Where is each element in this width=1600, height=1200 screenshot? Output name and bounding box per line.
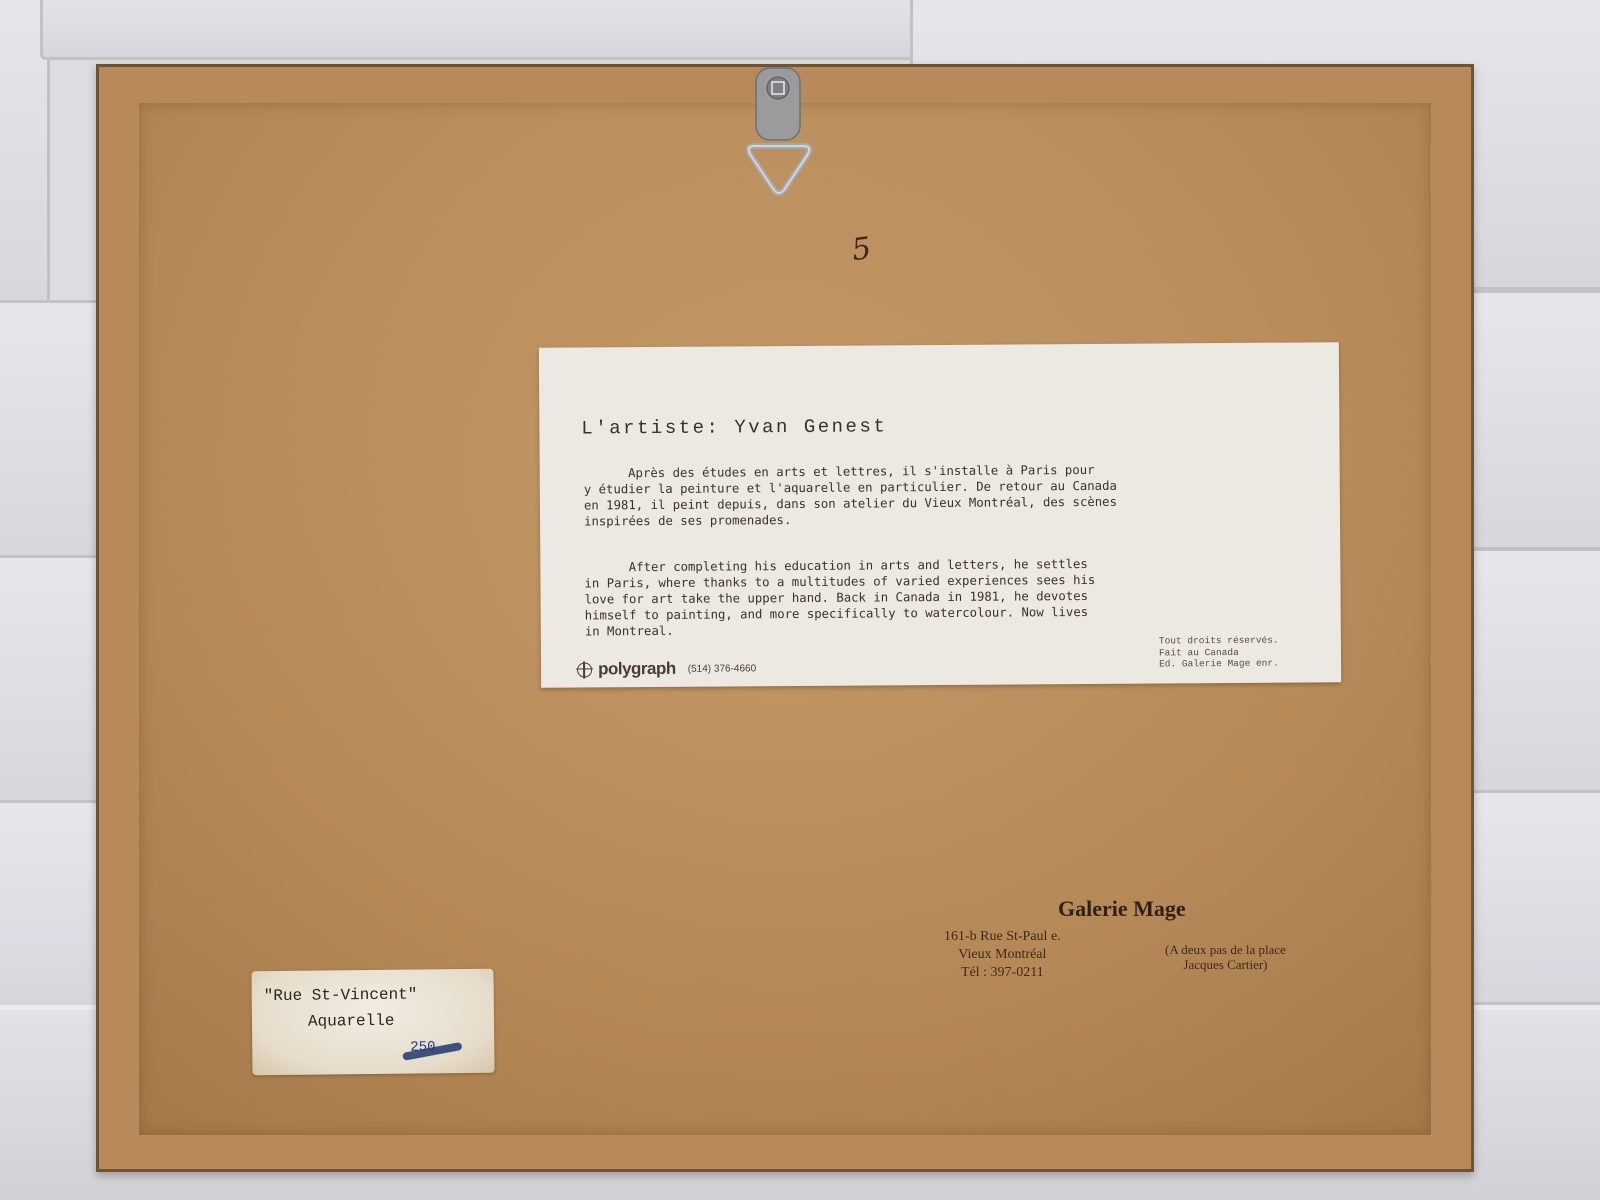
- wall-tile: [0, 800, 100, 1010]
- biography-french: Après des études en arts et lettres, il …: [584, 462, 1117, 530]
- printer-name: polygraph: [598, 659, 676, 680]
- triangle-d-ring-hanger-icon: [746, 66, 822, 196]
- biography-english: After completing his education in arts a…: [584, 556, 1095, 640]
- artwork-title: "Rue St-Vincent": [264, 986, 418, 1006]
- artwork-medium: Aquarelle: [308, 1012, 395, 1031]
- artwork-title-label: "Rue St-Vincent" Aquarelle 250: [251, 969, 494, 1076]
- printer-phone: (514) 376-4660: [688, 663, 756, 674]
- wall-tile: [40, 0, 920, 60]
- gallery-location-note: (A deux pas de la place Jacques Cartier): [1165, 942, 1286, 972]
- polygraph-globe-icon: [577, 662, 592, 677]
- artist-biography-card: L'artiste: Yvan Genest Après des études …: [539, 342, 1341, 688]
- artist-card-title: L'artiste: Yvan Genest: [581, 415, 887, 439]
- gallery-address: 161-b Rue St-Paul e. Vieux Montréal Tél …: [944, 928, 1061, 982]
- wall-tile: [0, 555, 110, 805]
- rights-notice: Tout droits réservés. Fait au Canada Ed.…: [1159, 635, 1279, 670]
- gallery-name: Galerie Mage: [1058, 896, 1186, 922]
- printer-credit: polygraph (514) 376-4660: [577, 658, 756, 679]
